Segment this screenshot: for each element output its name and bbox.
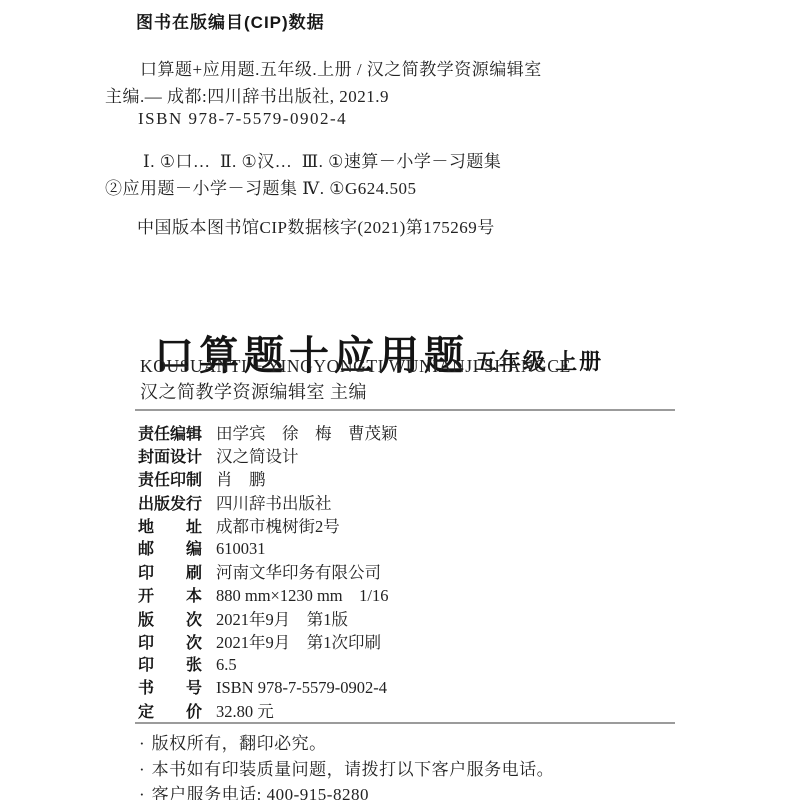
colophon-label: 版 次 [138,607,204,630]
colophon-label: 邮 编 [138,536,204,559]
colophon-row: 出版发行四川辞书出版社 [138,490,398,513]
bullet-icon: · [139,782,145,800]
colophon-value: 32.80 元 [216,698,274,722]
colophon-label: 定 价 [138,699,204,722]
colophon-value: 2021年9月 第1次印刷 [216,629,381,653]
colophon-label: 印 次 [138,630,204,653]
divider-bottom [135,722,675,724]
book-editor-line: 汉之简教学资源编辑室 主编 [140,378,367,404]
note-quality: ·本书如有印装质量问题，请拨打以下客户服务电话。 [139,757,554,783]
colophon-row: 责任印制肖 鹏 [138,466,398,489]
colophon-label: 书 号 [138,675,204,698]
colophon-label: 开 本 [138,583,204,606]
colophon-value: 610031 [216,539,266,559]
colophon-value: 四川辞书出版社 [216,490,332,514]
colophon-label: 地 址 [138,514,204,537]
cip-heading: 图书在版编目(CIP)数据 [136,8,325,33]
colophon-row: 书 号ISBN 978-7-5579-0902-4 [138,675,398,698]
cip-record-line-2: 主编.— 成都:四川辞书出版社, 2021.9 [105,82,389,107]
colophon-row: 印 次2021年9月 第1次印刷 [138,629,398,652]
colophon-row: 版 次2021年9月 第1版 [138,606,398,629]
bullet-icon: · [139,731,145,757]
cip-classification-line-2: ②应用题－小学－习题集 Ⅳ. ①G624.505 [105,174,417,199]
cip-record-number: 中国版本图书馆CIP数据核字(2021)第175269号 [137,213,495,238]
colophon-row: 印 张6.5 [138,652,398,675]
note-copyright: ·版权所有，翻印必究。 [139,731,554,757]
note-text: 客户服务电话: 400-915-8280 [152,782,369,800]
book-copyright-page: 图书在版编目(CIP)数据 口算题+应用题.五年级.上册 / 汉之简教学资源编辑… [0,0,800,800]
colophon-value: 2021年9月 第1版 [216,606,348,630]
cip-isbn-line: ISBN 978-7-5579-0902-4 [138,109,347,129]
colophon-value: 6.5 [216,655,237,675]
colophon-row: 定 价32.80 元 [138,698,398,721]
colophon-value: 肖 鹏 [216,466,266,490]
colophon-value: 成都市槐树街2号 [216,513,340,537]
colophon-row: 封面设计汉之简设计 [138,443,398,466]
cip-classification-line-1: Ⅰ. ①口… Ⅱ. ①汉… Ⅲ. ①速算－小学－习题集 [143,147,501,172]
colophon-row: 开 本880 mm×1230 mm 1/16 [138,582,398,605]
cip-record-line-1: 口算题+应用题.五年级.上册 / 汉之简教学资源编辑室 [140,55,542,80]
colophon-value: ISBN 978-7-5579-0902-4 [216,678,387,698]
colophon-value: 田学宾 徐 梅 曹茂颖 [216,420,398,444]
note-text: 本书如有印装质量问题，请拨打以下客户服务电话。 [152,757,555,783]
colophon-label: 责任印制 [138,467,204,490]
colophon-label: 印 刷 [138,560,204,583]
note-service-phone: ·客户服务电话: 400-915-8280 [139,782,554,800]
divider-top [135,409,675,411]
colophon-value: 河南文华印务有限公司 [216,559,381,583]
colophon-row: 地 址成都市槐树街2号 [138,513,398,536]
colophon-label: 封面设计 [138,444,204,467]
colophon-row: 印 刷河南文华印务有限公司 [138,559,398,582]
colophon-value: 汉之简设计 [216,443,299,467]
bullet-icon: · [139,757,145,783]
book-title-pinyin: KOUSUANTI + YINGYONGTI WUNIANJI SHANGCE [140,356,571,377]
colophon-label: 印 张 [138,652,204,675]
colophon-row: 邮 编610031 [138,536,398,559]
colophon-label: 出版发行 [138,491,204,514]
notes-section: ·版权所有，翻印必究。 ·本书如有印装质量问题，请拨打以下客户服务电话。 ·客户… [139,731,554,800]
colophon-table: 责任编辑田学宾 徐 梅 曹茂颖 封面设计汉之简设计 责任印制肖 鹏 出版发行四川… [138,420,398,721]
colophon-row: 责任编辑田学宾 徐 梅 曹茂颖 [138,420,398,443]
colophon-value: 880 mm×1230 mm 1/16 [216,582,388,606]
note-text: 版权所有，翻印必究。 [152,731,327,757]
colophon-label: 责任编辑 [138,421,204,444]
